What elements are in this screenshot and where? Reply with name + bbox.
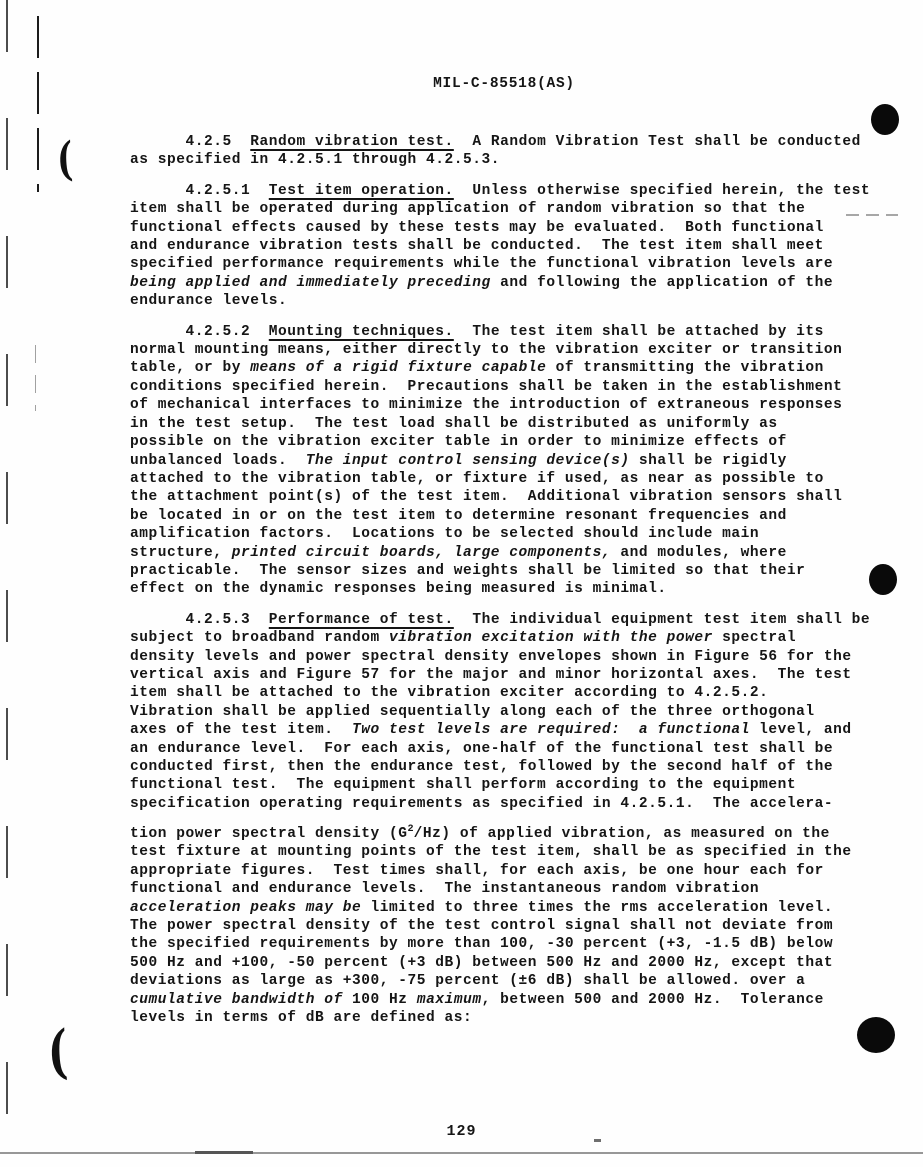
text-segment: an endurance level. For each axis, one-h… <box>130 741 833 757</box>
text-line: the attachment point(s) of the test item… <box>130 488 900 506</box>
text-segment: cumulative bandwidth of <box>130 992 343 1008</box>
text-segment: , between 500 and 2000 Hz. Tolerance <box>482 992 824 1008</box>
text-segment: The input control sensing device(s) <box>306 453 630 469</box>
text-line: functional test. The equipment shall per… <box>130 776 900 794</box>
page-number: 129 <box>0 1123 923 1140</box>
text-segment: axes of the test item. <box>130 722 352 738</box>
text-segment: 4.2.5.2 <box>130 324 269 340</box>
text-line: conditions specified herein. Precautions… <box>130 378 900 396</box>
text-segment: and following the application of the <box>491 275 833 291</box>
text-line: cumulative bandwidth of 100 Hz maximum, … <box>130 991 900 1009</box>
scan-margin-line-fragment <box>35 345 36 411</box>
text-segment: effect on the dynamic responses being me… <box>130 581 667 597</box>
text-line: specified performance requirements while… <box>130 255 900 273</box>
text-segment: vibration excitation with the power <box>389 630 713 646</box>
text-segment: functional test. The equipment shall per… <box>130 777 796 793</box>
text-line: tion power spectral density (G2/Hz) of a… <box>130 821 900 843</box>
text-line: test fixture at mounting points of the t… <box>130 843 900 861</box>
text-segment: item shall be attached to the vibration … <box>130 685 768 701</box>
text-line: endurance levels. <box>130 292 900 310</box>
text-segment: being applied and immediately preceding <box>130 275 491 291</box>
text-line: 4.2.5.3 Performance of test. The individ… <box>130 611 900 629</box>
text-line: vertical axis and Figure 57 for the majo… <box>130 666 900 684</box>
text-segment: Two test levels are required: a function… <box>352 722 750 738</box>
text-line: specification operating requirements as … <box>130 795 900 813</box>
text-line: unbalanced loads. The input control sens… <box>130 452 900 470</box>
paragraph-4-2-5-1: 4.2.5.1 Test item operation. Unless othe… <box>130 182 900 311</box>
document-number-header: MIL-C-85518(AS) <box>130 76 878 92</box>
text-line: structure, printed circuit boards, large… <box>130 544 900 562</box>
scan-speck <box>594 1139 601 1142</box>
text-segment: The power spectral density of the test c… <box>130 918 833 934</box>
paragraph-4-2-5: 4.2.5 Random vibration test. A Random Vi… <box>130 133 900 170</box>
text-segment: of mechanical interfaces to minimize the… <box>130 397 842 413</box>
text-line: 4.2.5.2 Mounting techniques. The test it… <box>130 323 900 341</box>
text-segment: normal mounting means, either directly t… <box>130 342 842 358</box>
text-segment: Random vibration test. <box>250 134 454 150</box>
text-segment: specified performance requirements while… <box>130 256 833 272</box>
text-segment: The individual equipment test item shall… <box>454 612 870 628</box>
text-segment: Performance of test. <box>269 612 454 628</box>
text-segment: unbalanced loads. <box>130 453 306 469</box>
text-segment: level, and <box>750 722 852 738</box>
text-line: be located in or on the test item to det… <box>130 507 900 525</box>
text-line: levels in terms of dB are defined as: <box>130 1009 900 1027</box>
text-line: and endurance vibration tests shall be c… <box>130 237 900 255</box>
text-line: normal mounting means, either directly t… <box>130 341 900 359</box>
text-line: conducted first, then the endurance test… <box>130 758 900 776</box>
text-line: of mechanical interfaces to minimize the… <box>130 396 900 414</box>
text-line: item shall be operated during applicatio… <box>130 200 900 218</box>
text-segment: Mounting techniques. <box>269 324 454 340</box>
scan-edge-dark-segment <box>195 1151 253 1154</box>
paragraph-4-2-5-3: 4.2.5.3 Performance of test. The individ… <box>130 611 900 1028</box>
text-segment: attached to the vibration table, or fixt… <box>130 471 824 487</box>
text-line: functional effects caused by these tests… <box>130 219 900 237</box>
document-page: ( ( MIL-C-85518(AS) 4.2.5 Random vibrati… <box>0 0 923 1167</box>
text-segment: vertical axis and Figure 57 for the majo… <box>130 667 852 683</box>
text-line: table, or by means of a rigid fixture ca… <box>130 359 900 377</box>
text-line: 4.2.5 Random vibration test. A Random Vi… <box>130 133 900 151</box>
text-segment: Test item operation. <box>269 183 454 199</box>
text-line: the specified requirements by more than … <box>130 935 900 953</box>
text-line: attached to the vibration table, or fixt… <box>130 470 900 488</box>
text-segment: in the test setup. The test load shall b… <box>130 416 778 432</box>
text-line: an endurance level. For each axis, one-h… <box>130 740 900 758</box>
text-segment: item shall be operated during applicatio… <box>130 201 805 217</box>
text-line: effect on the dynamic responses being me… <box>130 580 900 598</box>
text-line: functional and endurance levels. The ins… <box>130 880 900 898</box>
text-segment: Vibration shall be applied sequentially … <box>130 704 815 720</box>
text-line: deviations as large as +300, -75 percent… <box>130 972 900 990</box>
scan-margin-line-outer <box>6 0 8 1115</box>
text-segment: /Hz) of applied vibration, as measured o… <box>414 826 830 842</box>
text-line: density levels and power spectral densit… <box>130 648 900 666</box>
text-line: item shall be attached to the vibration … <box>130 684 900 702</box>
text-segment: acceleration peaks may be <box>130 900 361 916</box>
handwritten-paren-mark-top: ( <box>56 131 74 186</box>
text-segment: 500 Hz and +100, -50 percent (+3 dB) bet… <box>130 955 833 971</box>
text-segment: table, or by <box>130 360 250 376</box>
handwritten-paren-mark-bottom: ( <box>46 1017 69 1087</box>
text-line: 4.2.5.1 Test item operation. Unless othe… <box>130 182 900 200</box>
text-segment: shall be rigidly <box>630 453 787 469</box>
text-segment: spectral <box>713 630 796 646</box>
text-segment: density levels and power spectral densit… <box>130 649 852 665</box>
text-line: as specified in 4.2.5.1 through 4.2.5.3. <box>130 151 900 169</box>
text-segment: Unless otherwise specified herein, the t… <box>454 183 870 199</box>
text-segment: deviations as large as +300, -75 percent… <box>130 973 805 989</box>
text-segment: A Random Vibration Test shall be conduct… <box>454 134 861 150</box>
document-body: 4.2.5 Random vibration test. A Random Vi… <box>130 133 900 1028</box>
text-segment: conducted first, then the endurance test… <box>130 759 833 775</box>
text-line: Vibration shall be applied sequentially … <box>130 703 900 721</box>
text-segment: 4.2.5.3 <box>130 612 269 628</box>
text-segment: of transmitting the vibration <box>546 360 824 376</box>
text-line: The power spectral density of the test c… <box>130 917 900 935</box>
text-segment: 100 Hz <box>343 992 417 1008</box>
hole-punch-ink-dot <box>871 104 899 135</box>
paragraph-4-2-5-2: 4.2.5.2 Mounting techniques. The test it… <box>130 323 900 599</box>
text-line: possible on the vibration exciter table … <box>130 433 900 451</box>
text-segment: amplification factors. Locations to be s… <box>130 526 759 542</box>
scan-margin-line-inner <box>37 16 39 192</box>
text-line: subject to broadband random vibration ex… <box>130 629 900 647</box>
text-line: being applied and immediately preceding … <box>130 274 900 292</box>
text-segment: be located in or on the test item to det… <box>130 508 787 524</box>
text-segment: maximum <box>417 992 482 1008</box>
text-segment: endurance levels. <box>130 293 287 309</box>
text-line: acceleration peaks may be limited to thr… <box>130 899 900 917</box>
text-segment: specification operating requirements as … <box>130 796 833 812</box>
text-segment: as specified in 4.2.5.1 through 4.2.5.3. <box>130 152 500 168</box>
text-segment: levels in terms of dB are defined as: <box>130 1010 472 1026</box>
text-segment: functional effects caused by these tests… <box>130 220 824 236</box>
text-segment: and endurance vibration tests shall be c… <box>130 238 824 254</box>
scan-edge-line <box>0 1152 923 1154</box>
text-segment: test fixture at mounting points of the t… <box>130 844 852 860</box>
text-segment: 4.2.5.1 <box>130 183 269 199</box>
text-segment: conditions specified herein. Precautions… <box>130 379 842 395</box>
text-segment: structure, <box>130 545 232 561</box>
text-line: axes of the test item. Two test levels a… <box>130 721 900 739</box>
text-line: 500 Hz and +100, -50 percent (+3 dB) bet… <box>130 954 900 972</box>
text-segment: The test item shall be attached by its <box>454 324 824 340</box>
text-segment: subject to broadband random <box>130 630 389 646</box>
text-segment: practicable. The sensor sizes and weight… <box>130 563 805 579</box>
text-segment: tion power spectral density (G <box>130 826 408 842</box>
text-segment: printed circuit boards, large components… <box>232 545 611 561</box>
text-segment: the specified requirements by more than … <box>130 936 833 952</box>
text-segment: appropriate figures. Test times shall, f… <box>130 863 824 879</box>
text-line: amplification factors. Locations to be s… <box>130 525 900 543</box>
text-segment: possible on the vibration exciter table … <box>130 434 787 450</box>
text-segment: means of a rigid fixture capable <box>250 360 546 376</box>
text-segment: 4.2.5 <box>130 134 250 150</box>
text-segment: limited to three times the rms accelerat… <box>361 900 833 916</box>
text-line: appropriate figures. Test times shall, f… <box>130 862 900 880</box>
text-line: in the test setup. The test load shall b… <box>130 415 900 433</box>
text-segment: the attachment point(s) of the test item… <box>130 489 842 505</box>
text-segment: and modules, where <box>611 545 787 561</box>
text-line: practicable. The sensor sizes and weight… <box>130 562 900 580</box>
text-segment: functional and endurance levels. The ins… <box>130 881 759 897</box>
